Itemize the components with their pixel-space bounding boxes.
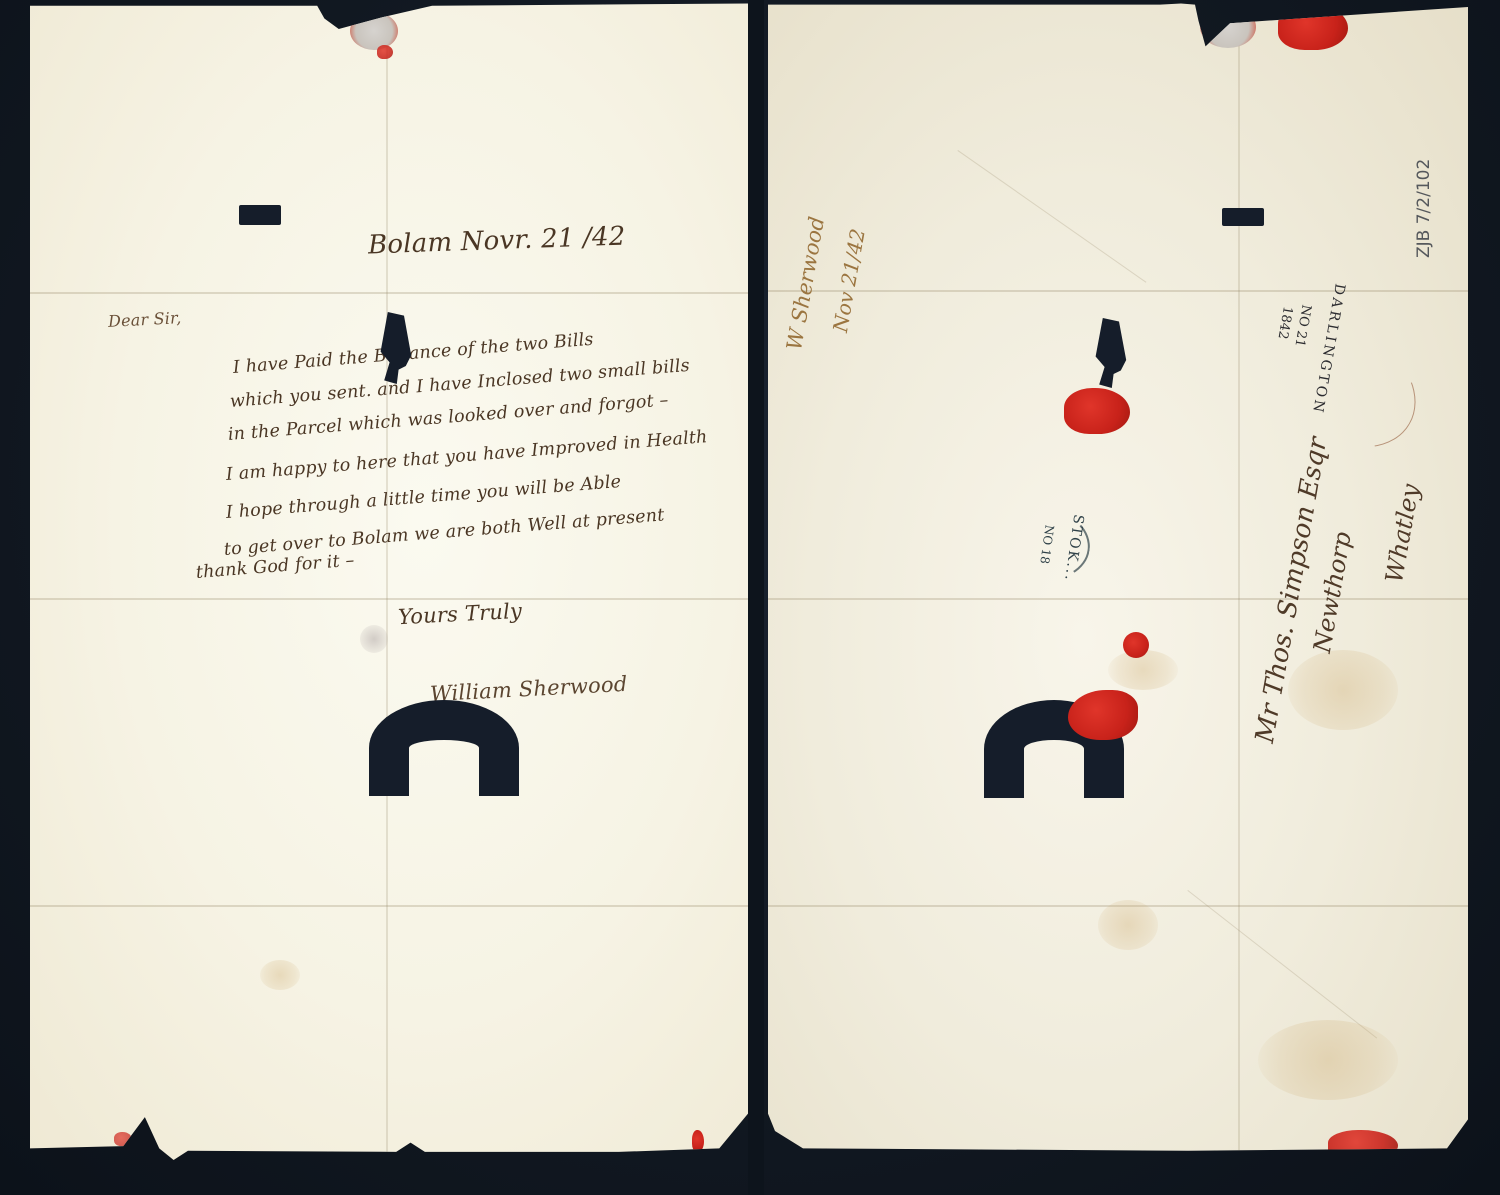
letter-date: Bolam Novr. 21 /42 <box>368 222 626 261</box>
paper-hole <box>369 700 519 796</box>
paper-stain <box>1098 900 1158 950</box>
letter-closing: Yours Truly <box>397 599 522 629</box>
fold-line <box>1238 0 1240 1160</box>
fold-line <box>30 292 748 294</box>
wax-seal-fragment <box>377 45 393 59</box>
wax-seal <box>1064 388 1130 434</box>
paper-hole <box>239 205 281 225</box>
docket-note-name: W Sherwood <box>782 215 829 352</box>
paper-stain <box>1288 650 1398 730</box>
archive-reference: ZJB 7/2/102 <box>1414 159 1434 258</box>
address-locality: Whatley <box>1380 482 1425 585</box>
letter-front-page: Bolam Novr. 21 /42 Dear Sir, I have Paid… <box>30 0 748 1160</box>
fold-line <box>30 905 748 907</box>
docket-note-date: Nov 21/42 <box>828 227 870 334</box>
letter-back-page: W Sherwood Nov 21/42 Mr Thos. Simpson Es… <box>768 0 1468 1160</box>
paper-hole <box>377 312 413 384</box>
ink-blot <box>360 625 388 653</box>
fold-line <box>768 290 1468 292</box>
fold-line <box>768 598 1468 600</box>
fold-line <box>386 0 388 1160</box>
paper-hole <box>1222 208 1264 226</box>
letter-salutation: Dear Sir, <box>108 308 182 331</box>
fold-line <box>1187 890 1377 1039</box>
paper-stain <box>260 960 300 990</box>
fold-line <box>30 598 748 600</box>
address-place: Newthorp <box>1308 530 1357 655</box>
paper-stain <box>1108 650 1178 690</box>
fold-line <box>957 150 1146 283</box>
wax-seal-fragment <box>692 1130 704 1152</box>
paper-hole <box>1092 318 1128 388</box>
wax-seal-dot <box>1123 632 1149 658</box>
wax-seal <box>1068 690 1138 740</box>
page-gutter <box>748 0 764 1195</box>
paper-stain <box>1258 1020 1398 1100</box>
